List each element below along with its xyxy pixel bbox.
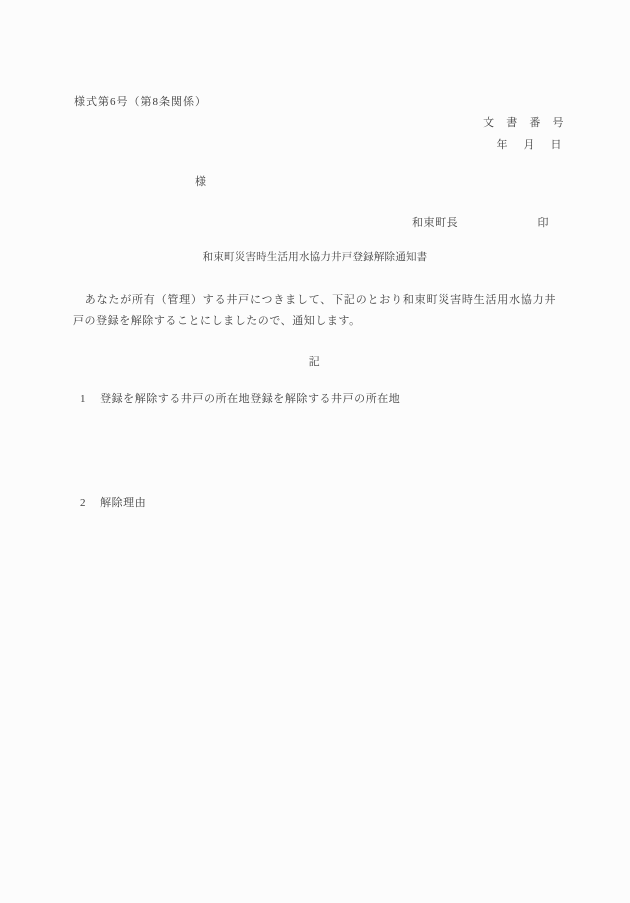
item-text: 解除理由: [100, 497, 146, 509]
item-number: 1: [80, 393, 86, 405]
addressee-honorific: 様: [195, 175, 207, 189]
sender-title: 和束町長: [412, 216, 458, 230]
list-item-well-location: 1登録を解除する井戸の所在地登録を解除する井戸の所在地: [80, 392, 400, 406]
form-number: 様式第6号（第8条関係）: [74, 95, 207, 109]
seal-mark: 印: [537, 216, 549, 230]
section-marker: 記: [73, 355, 556, 369]
sender-row: 和束町長 印: [412, 216, 549, 230]
document-number-label: 文 書 番 号: [483, 116, 564, 130]
item-number: 2: [80, 497, 86, 509]
date-placeholder: 年 月 日: [497, 138, 565, 152]
item-text: 登録を解除する井戸の所在地登録を解除する井戸の所在地: [100, 393, 400, 405]
document-title: 和束町災害時生活用水協力井戸登録解除通知書: [73, 251, 557, 265]
body-paragraph: あなたが所有（管理）する井戸につきまして、下記のとおり和束町災害時生活用水協力井…: [73, 290, 556, 331]
document-page: 様式第6号（第8条関係） 文 書 番 号 年 月 日 様 和束町長 印 和束町災…: [0, 0, 630, 903]
list-item-removal-reason: 2解除理由: [80, 496, 146, 510]
